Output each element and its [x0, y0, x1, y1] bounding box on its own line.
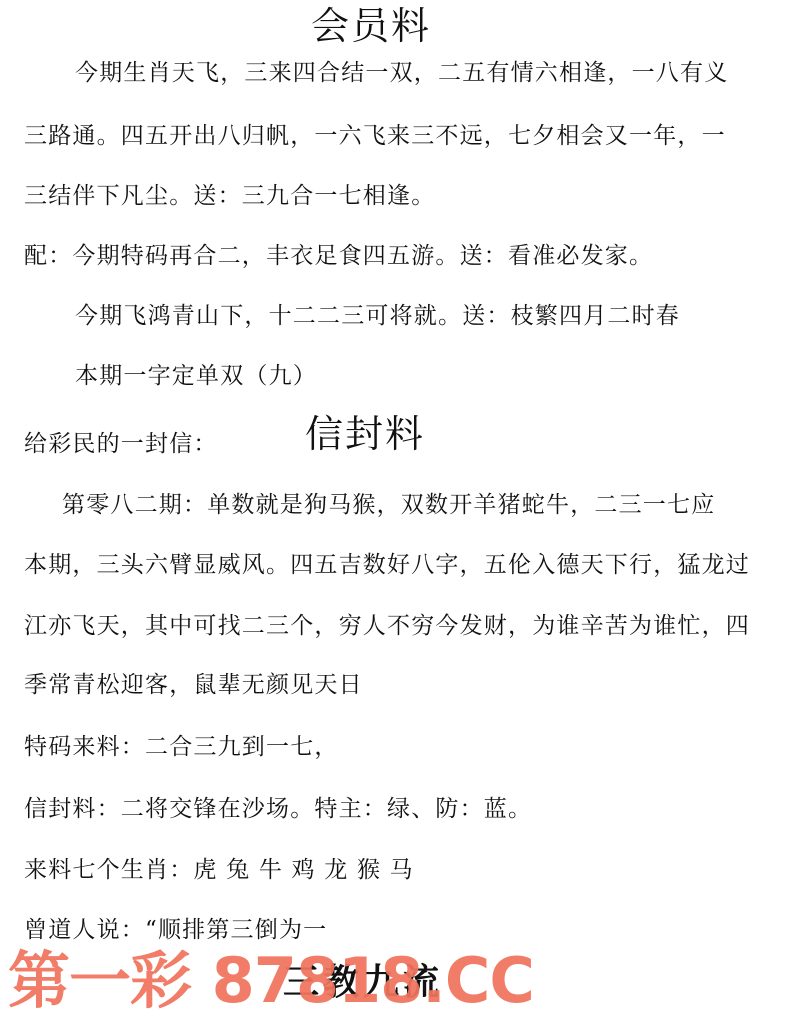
paragraph-line: 信封料：二将交锋在沙场。特主：绿、防：蓝。: [24, 795, 532, 823]
letter-intro-label: 给彩民的一封信：: [24, 430, 218, 458]
paragraph-line: 江亦飞天，其中可找二三个，穷人不穷今发财，为谁辛苦为谁忙，四: [24, 612, 750, 640]
section-title-member: 会员料: [311, 4, 431, 48]
paragraph-line: 特码来料：二合三九到一七，: [24, 733, 339, 761]
site-watermark: 第一彩 87818.CC: [8, 946, 534, 1016]
paragraph-line: 本期一字定单双（九）: [75, 362, 317, 390]
paragraph-line: 今期生肖天飞，三来四合结一双，二五有情六相逢，一八有义: [75, 59, 728, 87]
section-title-envelope: 信封料: [305, 412, 425, 456]
paragraph-line: 配：今期特码再合二，丰衣足食四五游。送：看准必发家。: [24, 242, 653, 270]
paragraph-line: 三路通。四五开出八归帆，一六飞来三不远，七夕相会又一年，一: [24, 122, 726, 150]
paragraph-line: 本期，三头六臂显威风。四五吉数好八字，五伦入德天下行，猛龙过: [24, 551, 750, 579]
paragraph-line: 来料七个生肖：虎 兔 牛 鸡 龙 猴 马: [24, 856, 414, 884]
paragraph-line: 曾道人说：“顺排第三倒为一: [24, 916, 327, 944]
paragraph-line: 今期飞鸿青山下，十二二三可将就。送：枝繁四月二时春: [75, 302, 680, 330]
paragraph-line: 三结伴下凡尘。送：三九合一七相逢。: [24, 182, 435, 210]
paragraph-line: 季常青松迎客，鼠辈无颜见天日: [24, 671, 363, 699]
paragraph-line: 第零八二期：单数就是狗马猴，双数开羊猪蛇牛，二三一七应: [62, 491, 715, 519]
